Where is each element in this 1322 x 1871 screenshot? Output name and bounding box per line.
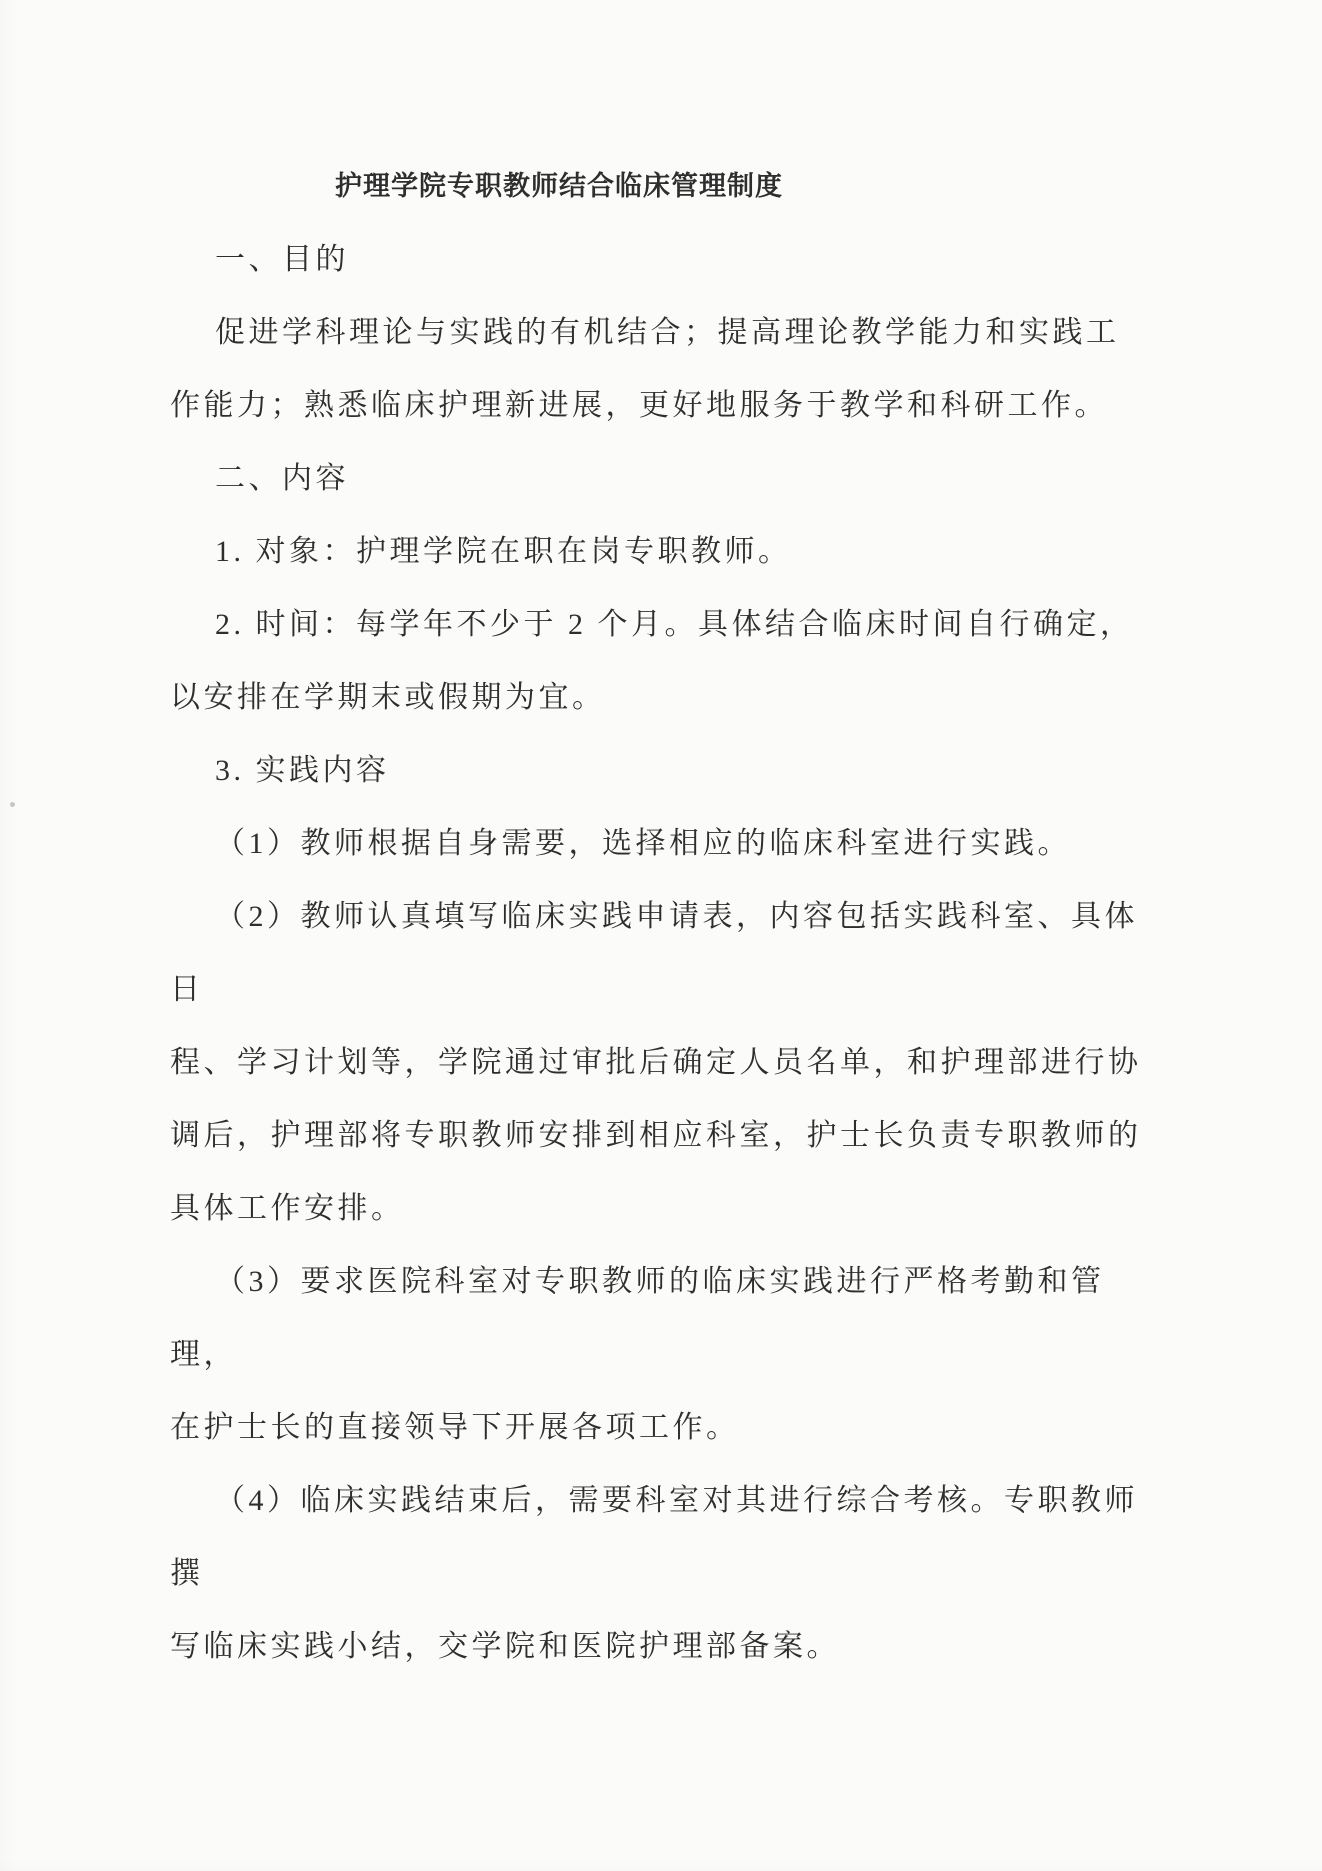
scan-speck — [10, 802, 15, 807]
item-practice-heading: 3. 实践内容 — [170, 734, 1144, 807]
item-target: 1. 对象：护理学院在职在岗专职教师。 — [170, 515, 1144, 588]
practice-item-2: （2）教师认真填写临床实践申请表，内容包括实践科室、具体日 程、学习计划等，学院… — [170, 880, 1144, 1245]
practice-item-1: （1）教师根据自身需要，选择相应的临床科室进行实践。 — [170, 807, 1144, 880]
document-title: 护理学院专职教师结合临床管理制度 — [170, 150, 1144, 223]
practice-item-4: （4）临床实践结束后，需要科室对其进行综合考核。专职教师撰 写临床实践小结，交学… — [170, 1464, 1144, 1683]
purpose-text: 促进学科理论与实践的有机结合；提高理论教学能力和实践工 作能力；熟悉临床护理新进… — [170, 296, 1144, 442]
scanned-document-page: 护理学院专职教师结合临床管理制度 一、目的 促进学科理论与实践的有机结合；提高理… — [0, 0, 1322, 1871]
practice-item-3: （3）要求医院科室对专职教师的临床实践进行严格考勤和管理， 在护士长的直接领导下… — [170, 1245, 1144, 1464]
item-time: 2. 时间：每学年不少于 2 个月。具体结合临床时间自行确定， 以安排在学期末或… — [170, 588, 1144, 734]
heading-content: 二、内容 — [170, 442, 1144, 515]
heading-purpose: 一、目的 — [170, 223, 1144, 296]
